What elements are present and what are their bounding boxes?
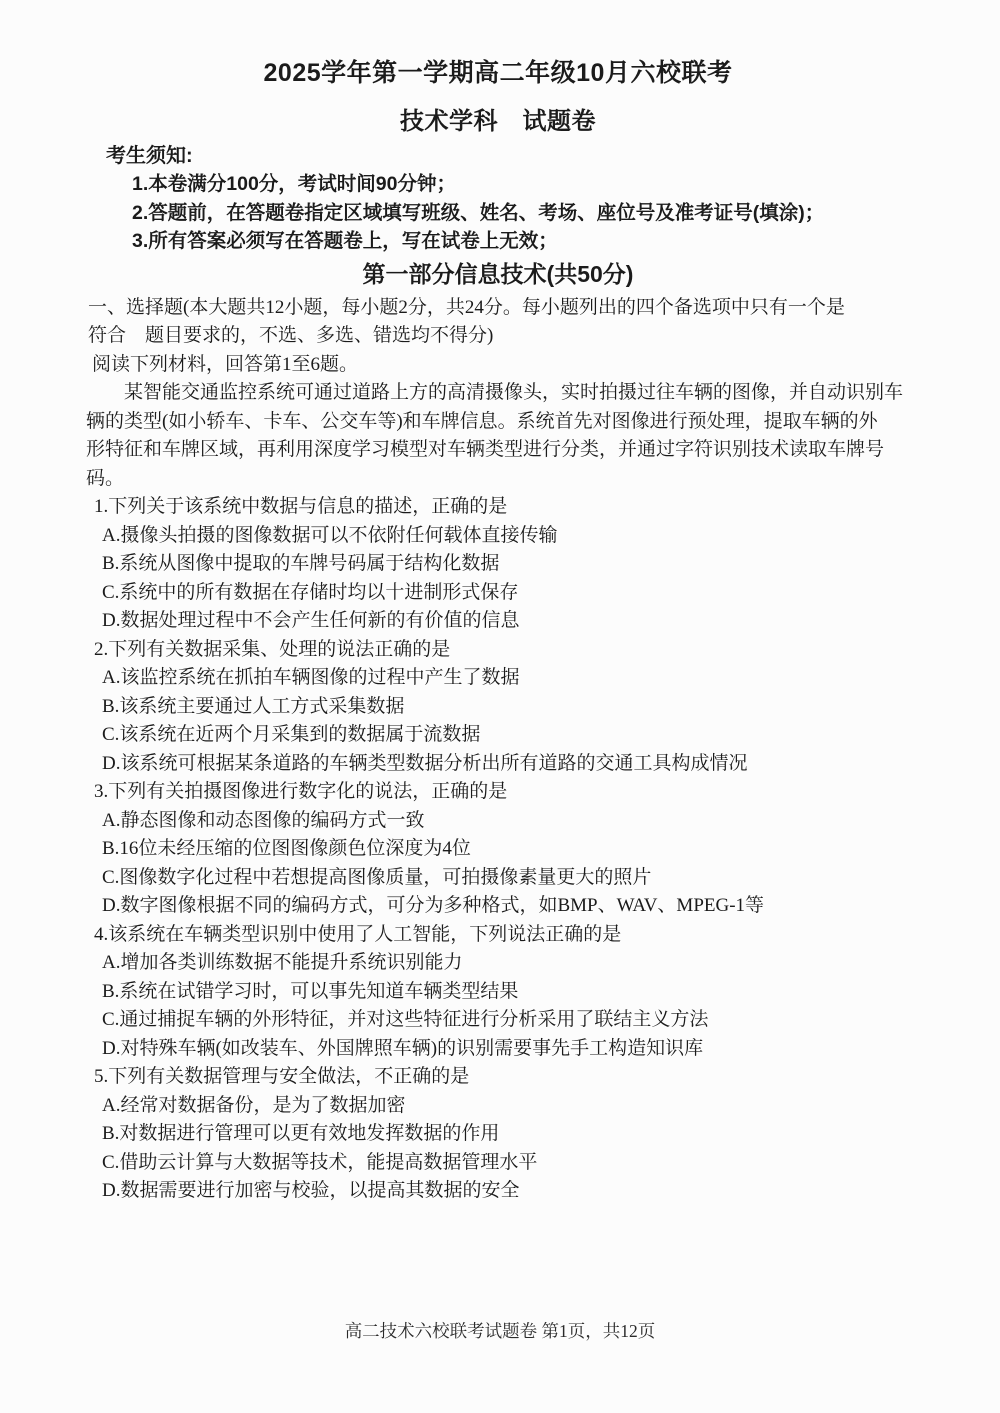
question-option-a: A.该监控系统在抓拍车辆图像的过程中产生了数据 xyxy=(86,664,910,693)
question-stem: 1.下列关于该系统中数据与信息的描述，正确的是 xyxy=(86,493,910,522)
question-option-c: C.该系统在近两个月采集到的数据属于流数据 xyxy=(86,721,910,750)
intro-line-2: 符合 题目要求的，不选、多选、错选均不得分) xyxy=(86,322,910,351)
question-option-b: B.系统在试错学习时，可以事先知道车辆类型结果 xyxy=(86,978,910,1007)
question-option-d: D.该系统可根据某条道路的车辆类型数据分析出所有道路的交通工具构成情况 xyxy=(86,750,910,779)
material-line: 辆的类型(如小轿车、卡车、公交车等)和车牌信息。系统首先对图像进行预处理，提取车… xyxy=(86,408,910,437)
page-title: 2025学年第一学期高二年级10月六校联考 xyxy=(86,58,910,88)
question-option-c: C.通过捕捉车辆的外形特征，并对这些特征进行分析采用了联结主义方法 xyxy=(86,1006,910,1035)
question-option-a: A.摄像头拍摄的图像数据可以不依附任何载体直接传输 xyxy=(86,522,910,551)
question-option-c: C.系统中的所有数据在存储时均以十进制形式保存 xyxy=(86,579,910,608)
question-2: 2.下列有关数据采集、处理的说法正确的是 A.该监控系统在抓拍车辆图像的过程中产… xyxy=(86,636,910,779)
question-option-b: B.系统从图像中提取的车牌号码属于结构化数据 xyxy=(86,550,910,579)
question-4: 4.该系统在车辆类型识别中使用了人工智能，下列说法正确的是 A.增加各类训练数据… xyxy=(86,921,910,1064)
question-option-c: C.图像数字化过程中若想提高图像质量，可拍摄像素量更大的照片 xyxy=(86,864,910,893)
intro-line-1: 一、选择题(本大题共12小题，每小题2分，共24分。每小题列出的四个备选项中只有… xyxy=(86,294,910,323)
reading-prompt: 阅读下列材料，回答第1至6题。 xyxy=(86,351,910,380)
notice-item-2: 2.答题前，在答题卷指定区域填写班级、姓名、考场、座位号及准考证号(填涂)； xyxy=(86,199,910,228)
question-option-b: B.对数据进行管理可以更有效地发挥数据的作用 xyxy=(86,1120,910,1149)
exam-body: 一、选择题(本大题共12小题，每小题2分，共24分。每小题列出的四个备选项中只有… xyxy=(86,294,910,1206)
question-option-a: A.经常对数据备份，是为了数据加密 xyxy=(86,1092,910,1121)
question-option-a: A.增加各类训练数据不能提升系统识别能力 xyxy=(86,949,910,978)
question-stem: 2.下列有关数据采集、处理的说法正确的是 xyxy=(86,636,910,665)
question-option-a: A.静态图像和动态图像的编码方式一致 xyxy=(86,807,910,836)
question-option-b: B.16位未经压缩的位图图像颜色位深度为4位 xyxy=(86,835,910,864)
material-paragraph: 某智能交通监控系统可通过道路上方的高清摄像头，实时拍摄过往车辆的图像，并自动识别… xyxy=(86,379,910,493)
question-option-c: C.借助云计算与大数据等技术，能提高数据管理水平 xyxy=(86,1149,910,1178)
question-3: 3.下列有关拍摄图像进行数字化的说法，正确的是 A.静态图像和动态图像的编码方式… xyxy=(86,778,910,921)
question-option-d: D.数据需要进行加密与校验，以提高其数据的安全 xyxy=(86,1177,910,1206)
notice-heading: 考生须知: xyxy=(86,142,910,170)
material-line: 码。 xyxy=(86,465,910,494)
material-line: 形特征和车牌区域，再利用深度学习模型对车辆类型进行分类，并通过字符识别技术读取车… xyxy=(86,436,910,465)
page-footer: 高二技术六校联考试题卷 第1页，共12页 xyxy=(0,1318,1000,1343)
notice-item-1: 1.本卷满分100分，考试时间90分钟； xyxy=(86,170,910,199)
exam-paper-page: 2025学年第一学期高二年级10月六校联考 技术学科 试题卷 考生须知: 1.本… xyxy=(0,0,1000,1413)
question-option-d: D.对特殊车辆(如改装车、外国牌照车辆)的识别需要事先手工构造知识库 xyxy=(86,1035,910,1064)
question-stem: 3.下列有关拍摄图像进行数字化的说法，正确的是 xyxy=(86,778,910,807)
question-option-b: B.该系统主要通过人工方式采集数据 xyxy=(86,693,910,722)
question-stem: 4.该系统在车辆类型识别中使用了人工智能，下列说法正确的是 xyxy=(86,921,910,950)
question-stem: 5.下列有关数据管理与安全做法，不正确的是 xyxy=(86,1063,910,1092)
section-heading: 第一部分信息技术(共50分) xyxy=(86,258,910,290)
question-5: 5.下列有关数据管理与安全做法，不正确的是 A.经常对数据备份，是为了数据加密 … xyxy=(86,1063,910,1206)
notice-block: 考生须知: 1.本卷满分100分，考试时间90分钟； 2.答题前，在答题卷指定区… xyxy=(86,142,910,256)
question-option-d: D.数字图像根据不同的编码方式，可分为多种格式，如BMP、WAV、MPEG-1等 xyxy=(86,892,910,921)
question-1: 1.下列关于该系统中数据与信息的描述，正确的是 A.摄像头拍摄的图像数据可以不依… xyxy=(86,493,910,636)
page-subtitle: 技术学科 试题卷 xyxy=(86,108,910,136)
notice-item-3: 3.所有答案必须写在答题卷上，写在试卷上无效； xyxy=(86,227,910,256)
material-line: 某智能交通监控系统可通过道路上方的高清摄像头，实时拍摄过往车辆的图像，并自动识别… xyxy=(86,379,910,408)
question-option-d: D.数据处理过程中不会产生任何新的有价值的信息 xyxy=(86,607,910,636)
